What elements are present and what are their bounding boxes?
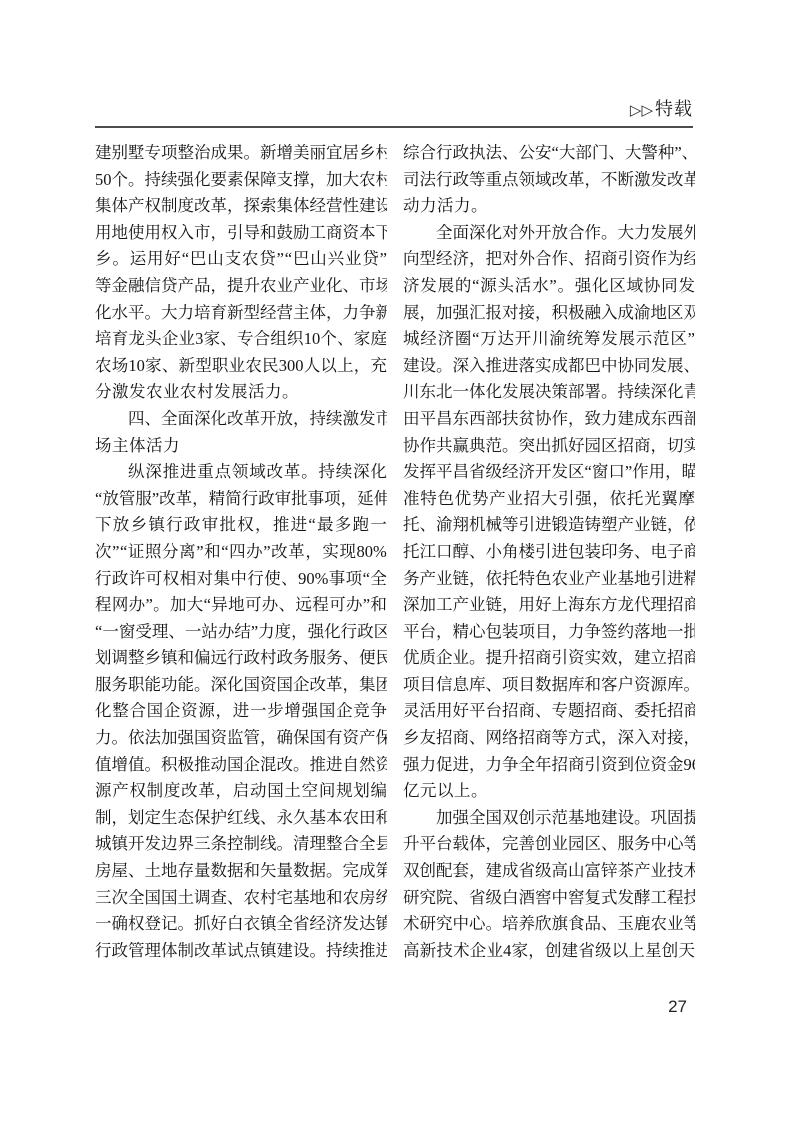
text-line: 50个。持续强化要素保障支撑，加大农村 xyxy=(95,167,387,194)
text-line: 分激发农业农村发展活力。 xyxy=(95,379,387,406)
text-line: 行政管理体制改革试点镇建设。持续推进 xyxy=(95,938,387,965)
text-line: 乡。运用好“巴山支农贷”“巴山兴业贷” xyxy=(95,246,387,273)
text-line: 向型经济，把对外合作、招商引资作为经 xyxy=(403,246,695,273)
text-line: 动力活力。 xyxy=(403,193,695,220)
text-line: 务产业链，依托特色农业产业基地引进精 xyxy=(403,566,695,593)
text-line: 城镇开发边界三条控制线。清理整合全县 xyxy=(95,831,387,858)
text-line: 济发展的“源头活水”。强化区域协同发 xyxy=(403,273,695,300)
text-line: 深加工产业链，用好上海东方龙代理招商 xyxy=(403,592,695,619)
document-page: ▷▷特载 建别墅专项整治成果。新增美丽宜居乡村50个。持续强化要素保障支撑，加大… xyxy=(0,0,793,1122)
text-line: “一窗受理、一站办结”力度，强化行政区 xyxy=(95,619,387,646)
text-line: 术研究中心。培养欣旗食品、玉鹿农业等 xyxy=(403,911,695,938)
text-line: 综合行政执法、公安“大部门、大警种”、 xyxy=(403,140,695,167)
text-line: 升平台载体，完善创业园区、服务中心等 xyxy=(403,831,695,858)
text-line: 培育龙头企业3家、专合组织10个、家庭 xyxy=(95,326,387,353)
text-line: 值增值。积极推动国企混改。推进自然资 xyxy=(95,752,387,779)
text-line: 灵活用好平台招商、专题招商、委托招商、 xyxy=(403,698,695,725)
text-line: 建别墅专项整治成果。新增美丽宜居乡村 xyxy=(95,140,387,167)
text-line: 下放乡镇行政审批权，推进“最多跑一 xyxy=(95,512,387,539)
text-line: 力。依法加强国资监管，确保国有资产保 xyxy=(95,725,387,752)
text-line: 化水平。大力培育新型经营主体，力争新 xyxy=(95,300,387,327)
text-line: “放管服”改革，精简行政审批事项，延伸 xyxy=(95,486,387,513)
text-line: 亿元以上。 xyxy=(403,778,695,805)
text-line: 集体产权制度改革，探索集体经营性建设 xyxy=(95,193,387,220)
text-line: 场主体活力 xyxy=(95,433,387,460)
text-line: 加强全国双创示范基地建设。巩固提 xyxy=(403,805,695,832)
text-line: 发挥平昌省级经济开发区“窗口”作用，瞄 xyxy=(403,459,695,486)
page-header: ▷▷特载 xyxy=(95,98,693,122)
left-column: 建别墅专项整治成果。新增美丽宜居乡村50个。持续强化要素保障支撑，加大农村集体产… xyxy=(95,140,387,964)
text-line: 托、渝翔机械等引进锻造铸塑产业链，依 xyxy=(403,512,695,539)
text-line: 全面深化对外开放合作。大力发展外 xyxy=(403,220,695,247)
text-line: 平台，精心包装项目，力争签约落地一批 xyxy=(403,619,695,646)
text-line: 农场10家、新型职业农民300人以上，充 xyxy=(95,353,387,380)
text-line: 纵深推进重点领域改革。持续深化 xyxy=(95,459,387,486)
text-line: 划调整乡镇和偏远行政村政务服务、便民 xyxy=(95,645,387,672)
text-line: 司法行政等重点领域改革，不断激发改革 xyxy=(403,167,695,194)
text-line: 强力促进，力争全年招商引资到位资金96 xyxy=(403,752,695,779)
text-line: 等金融信贷产品，提升农业产业化、市场 xyxy=(95,273,387,300)
text-line: 四、全面深化改革开放，持续激发市 xyxy=(95,406,387,433)
text-line: 行政许可权相对集中行使、90%事项“全 xyxy=(95,566,387,593)
text-line: 城经济圈“万达开川渝统筹发展示范区” xyxy=(403,326,695,353)
text-line: 用地使用权入市，引导和鼓励工商资本下 xyxy=(95,220,387,247)
text-line: 源产权制度改革，启动国土空间规划编 xyxy=(95,778,387,805)
text-line: 房屋、土地存量数据和矢量数据。完成第 xyxy=(95,858,387,885)
text-line: 建设。深入推进落实成都巴中协同发展、 xyxy=(403,353,695,380)
text-line: 程网办”。加大“异地可办、远程可办”和 xyxy=(95,592,387,619)
text-line: 次”“证照分离”和“四办”改革，实现80% xyxy=(95,539,387,566)
right-column: 综合行政执法、公安“大部门、大警种”、司法行政等重点领域改革，不断激发改革动力活… xyxy=(403,140,695,964)
text-line: 准特色优势产业招大引强，依托光翼摩 xyxy=(403,486,695,513)
text-line: 展，加强汇报对接，积极融入成渝地区双 xyxy=(403,300,695,327)
text-line: 双创配套，建成省级高山富锌茶产业技术 xyxy=(403,858,695,885)
text-line: 一确权登记。抓好白衣镇全省经济发达镇 xyxy=(95,911,387,938)
text-line: 三次全国国土调查、农村宅基地和农房统 xyxy=(95,885,387,912)
header-rule xyxy=(95,126,693,128)
text-line: 托江口醇、小角楼引进包装印务、电子商 xyxy=(403,539,695,566)
text-line: 研究院、省级白酒窖中窖复式发酵工程技 xyxy=(403,885,695,912)
text-line: 乡友招商、网络招商等方式，深入对接， xyxy=(403,725,695,752)
text-line: 田平昌东西部扶贫协作，致力建成东西部 xyxy=(403,406,695,433)
text-line: 优质企业。提升招商引资实效，建立招商 xyxy=(403,645,695,672)
forward-triangles-icon: ▷▷ xyxy=(630,102,653,119)
text-line: 高新技术企业4家，创建省级以上星创天 xyxy=(403,938,695,965)
text-line: 化整合国企资源，进一步增强国企竞争 xyxy=(95,698,387,725)
header-title: 特载 xyxy=(655,99,693,119)
text-line: 川东北一体化发展决策部署。持续深化青 xyxy=(403,379,695,406)
text-line: 服务职能功能。深化国资国企改革，集团 xyxy=(95,672,387,699)
text-line: 制，划定生态保护红线、永久基本农田和 xyxy=(95,805,387,832)
text-columns: 建别墅专项整治成果。新增美丽宜居乡村50个。持续强化要素保障支撑，加大农村集体产… xyxy=(95,140,695,964)
text-line: 协作共赢典范。突出抓好园区招商，切实 xyxy=(403,433,695,460)
page-number: 27 xyxy=(95,997,687,1017)
text-line: 项目信息库、项目数据库和客户资源库。 xyxy=(403,672,695,699)
